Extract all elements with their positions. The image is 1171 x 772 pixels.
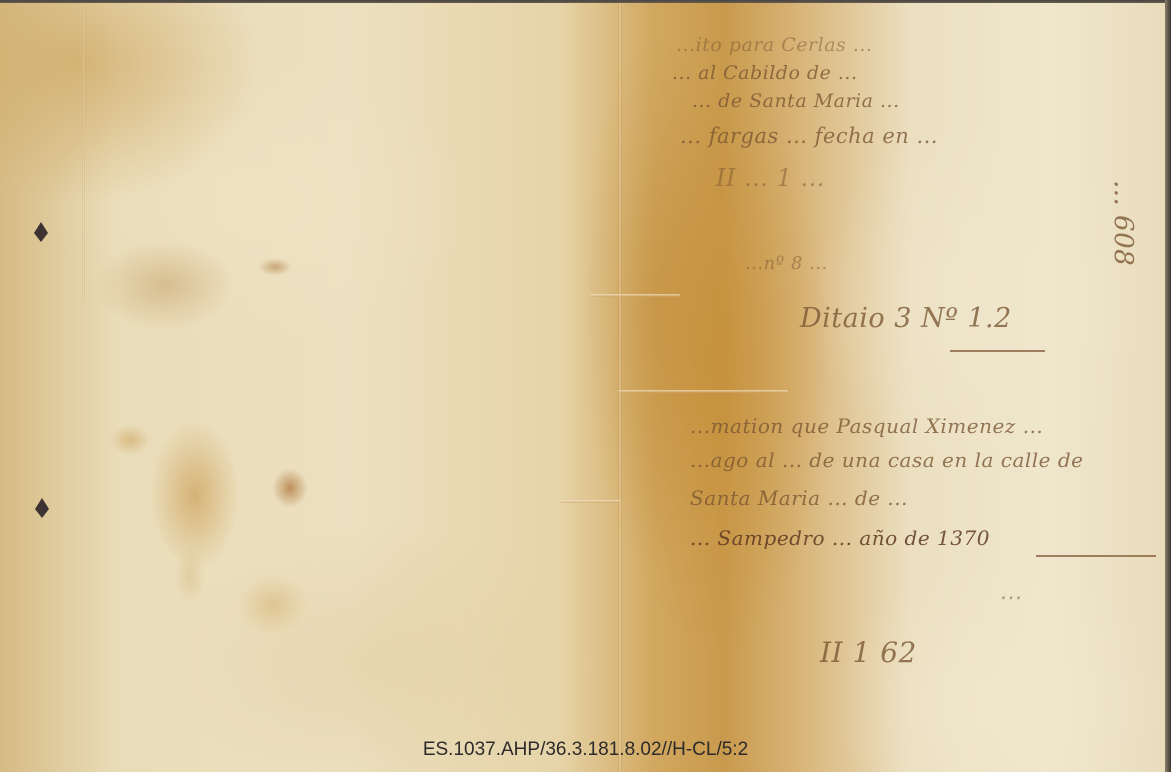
summary-line: Santa Maria ... de ... [690,486,908,510]
handwritten-note-line: ...ito para Cerlas ... [676,34,872,56]
lower-note-line: II 1 62 [820,636,917,669]
parchment-sheet [0,3,1166,772]
reference-underline [950,350,1045,352]
vertical-fold-line [618,3,622,772]
left-fold-line [82,3,85,303]
water-stain [110,425,150,455]
lower-note-line: ... [1000,580,1022,605]
archive-reference: Ditaio 3 Nº 1.2 [800,303,1012,334]
archive-note-line: ...nº 8 ... [745,253,828,274]
archive-shelfmark: ES.1037.AHP/36.3.181.8.02//H-CL/5:2 [0,739,1171,761]
document-scan: ...ito para Cerlas ... ... al Cabildo de… [0,0,1171,772]
horizontal-crease [590,294,680,297]
handwritten-note-line: ... fargas ... fecha en ... [680,124,938,148]
handwritten-note-line: ... al Cabildo de ... [672,62,858,84]
water-stain [175,545,205,605]
handwritten-note-line: II ... 1 ... [716,164,825,192]
summary-line: ...mation que Pasqual Ximenez ... [690,414,1043,438]
horizontal-crease [618,390,788,393]
horizontal-crease [560,500,620,503]
water-stain [258,258,292,276]
summary-line: ...ago al ... de una casa en la calle de [690,448,1084,472]
year-underline [1036,555,1156,557]
water-stain [238,575,308,635]
summary-line: ... Sampedro ... año de 1370 [690,526,990,550]
vertical-margin-note: ... 608 [1068,180,1098,266]
vertical-note-text: ... 608 [1108,180,1138,266]
scan-right-edge [1165,0,1171,772]
handwritten-note-line: ... de Santa Maria ... [692,90,900,112]
water-stain [95,240,235,330]
water-stain [272,468,308,508]
